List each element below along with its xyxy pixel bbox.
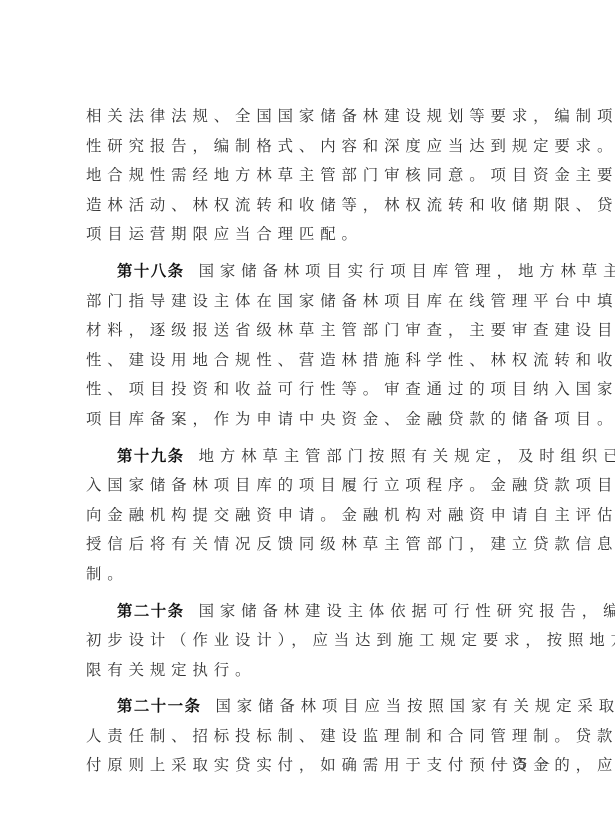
text-line: 材料，逐级报送省级林草主管部门审查，主要审查建设目标合理 — [86, 316, 536, 346]
text-line: 入国家储备林项目库的项目履行立项程序。金融贷款项目按要求 — [86, 471, 536, 501]
article-heading: 第十九条 — [117, 447, 185, 465]
text-line: 地合规性需经地方林草主管部门审核同意。项目资金主要用于营 — [86, 161, 536, 191]
text-line: 地方林草主管部门按照有关规定，及时组织已纳 — [199, 447, 615, 465]
text-line: 人责任制、招标投标制、建设监理制和合同管理制。贷款资金支 — [86, 722, 536, 752]
text-line: 初步设计（作业设计），应当达到施工规定要求，按照地方审批权 — [86, 626, 536, 656]
text-line: 国家储备林建设主体依据可行性研究报告，编制 — [199, 602, 615, 620]
text-line: 性、建设用地合规性、营造林措施科学性、林权流转和收储规范 — [86, 346, 536, 376]
article-heading: 第二十条 — [117, 602, 185, 620]
document-body: 相关法律法规、全国国家储备林建设规划等要求，编制项目可行 性研究报告，编制格式、… — [86, 102, 536, 781]
text-line: 造林活动、林权流转和收储等，林权流转和收储期限、贷款期限、 — [86, 191, 536, 221]
article-heading: 第二十一条 — [117, 697, 201, 715]
text-line: 相关法律法规、全国国家储备林建设规划等要求，编制项目可行 — [86, 102, 536, 132]
text-line: 国家储备林项目应当按照国家有关规定采取法 — [215, 697, 615, 715]
page-number: － 5 － — [494, 753, 553, 774]
article-20: 第二十条国家储备林建设主体依据可行性研究报告，编制 初步设计（作业设计），应当达… — [86, 597, 536, 686]
text-line: 项目运营期限应当合理匹配。 — [86, 220, 536, 250]
text-line: 限有关规定执行。 — [86, 656, 536, 686]
text-line: 制。 — [86, 560, 536, 590]
paragraph-continued: 相关法律法规、全国国家储备林建设规划等要求，编制项目可行 性研究报告，编制格式、… — [86, 102, 536, 250]
text-line: 性、项目投资和收益可行性等。审查通过的项目纳入国家储备林 — [86, 375, 536, 405]
text-line: 授信后将有关情况反馈同级林草主管部门，建立贷款信息共享机 — [86, 530, 536, 560]
article-18: 第十八条国家储备林项目实行项目库管理，地方林草主管 部门指导建设主体在国家储备林… — [86, 257, 536, 435]
text-line: 付原则上采取实贷实付，如确需用于支付预付资金的，应当以项 — [86, 751, 536, 781]
text-line: 项目库备案，作为申请中央资金、金融贷款的储备项目。 — [86, 405, 536, 435]
article-heading: 第十八条 — [117, 262, 185, 280]
text-line: 向金融机构提交融资申请。金融机构对融资申请自主评估决策， — [86, 501, 536, 531]
article-21: 第二十一条国家储备林项目应当按照国家有关规定采取法 人责任制、招标投标制、建设监… — [86, 692, 536, 781]
text-line: 国家储备林项目实行项目库管理，地方林草主管 — [199, 262, 615, 280]
text-line: 部门指导建设主体在国家储备林项目库在线管理平台中填报入库 — [86, 287, 536, 317]
article-19: 第十九条地方林草主管部门按照有关规定，及时组织已纳 入国家储备林项目库的项目履行… — [86, 442, 536, 590]
document-page: 相关法律法规、全国国家储备林建设规划等要求，编制项目可行 性研究报告，编制格式、… — [0, 0, 615, 839]
text-line: 性研究报告，编制格式、内容和深度应当达到规定要求。建设用 — [86, 132, 536, 162]
